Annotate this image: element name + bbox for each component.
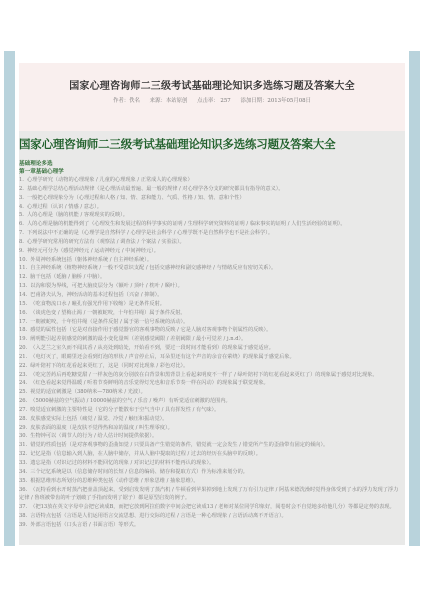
list-item: 29.皮肤表面的温度（是皮肤不觉得热和凉的温度 / 叫生理零度）。 <box>19 424 401 433</box>
item-number: 6. <box>19 221 24 227</box>
item-text: 脑干包括（延脑 / 脑桥 / 中脑）。 <box>30 274 105 280</box>
item-text: 皮肤感觉实际上包括（痛觉 / 温觉、冷觉 / 触压和振动觉）。 <box>30 416 167 422</box>
list-item: 7.下列说法中不正确的是（心理学是自然科学 / 心理学是社会科学 / 心理学既不… <box>19 229 401 238</box>
item-text: （瓦特看到水开时蒸汽把壶盖顶起来，受到启发发明了蒸汽机 / 牛顿看到苹果掉到地上… <box>19 487 398 502</box>
item-number: 27. <box>19 407 27 413</box>
item-text: 言语特点包括（言语是人们运用语言交流思想、进行交际的过程 / 言语是一种心理现象… <box>30 513 287 519</box>
item-number: 2. <box>19 186 24 192</box>
item-text: （吃食物流口水 / 瞳孔有强光作用下收缩）是无条件反射。 <box>30 301 165 307</box>
item-number: 29. <box>19 425 27 431</box>
list-item: 20.（入芝兰之室久而不闻其香 / 从亮处到暗处，开始看不到，要过一段时间才能看… <box>19 344 401 353</box>
list-item: 14.巴甫洛夫认为，神经活动的基本过程包括（兴奋 / 抑制）。 <box>19 291 401 300</box>
item-number: 35. <box>19 478 27 484</box>
item-text: （把13放在英文字母中会把它读成B，而把它放到阿拉伯数字中间会把它读成13 / … <box>30 504 394 510</box>
item-text: 记忆是指（信息输入到人脑，在人脑中储存，并从人脑中提取的过程 / 过去的经历在头… <box>30 451 261 457</box>
item-number: 5. <box>19 212 24 218</box>
item-text: 三个记忆系统是以（信息储存时间的长短 / 信息的编码、储存和提取方式）作为标准来… <box>30 469 248 475</box>
item-text: 以沟和裂为界线，可把大脑皮层分为（额叶 / 顶叶 / 枕叶 / 颞叶）。 <box>30 283 183 289</box>
list-item: 10.外周神经系统包括（躯体神经系统 / 自主神经系统）。 <box>19 256 401 265</box>
list-item: 30.生物钟可以（调节人的行为 / 给人估计时间提供依据）。 <box>19 432 401 441</box>
list-item: 26.（5000赫兹的空气振动 / 10000赫兹的空气 / 乐音 / 噪声）有… <box>19 397 401 406</box>
chapter-heading: 第一章基础心理学 <box>19 167 64 175</box>
article-header: 国家心理咨询师二三级考试基础理论知识多选练习题及答案大全 作者：佚名 来源：本站… <box>19 63 405 131</box>
list-item: 12.脑干包括（延脑 / 脑桥 / 中脑）。 <box>19 273 401 282</box>
list-item: 33.遗忘是指（对识记过的材料不能回忆的现象 / 对识记过的材料不能再认的现象）… <box>19 459 401 468</box>
item-number: 34. <box>19 469 27 475</box>
page: 国家心理咨询师二三级考试基础理论知识多选练习题及答案大全 作者：佚名 来源：本站… <box>0 0 424 600</box>
item-number: 3. <box>19 195 24 201</box>
list-item: 39.外部言语包括（口头言语 / 书面言语）等形式。 <box>19 521 401 530</box>
list-item: 35.根据思维形态所划分的思维种类包括（动作思维 / 形象思维 / 抽象思维）。 <box>19 477 401 486</box>
item-text: （吃完苦药后再吃糖觉甜 / 一样灰色的灰分别放在白背景和黑背景上看起来明度不一样… <box>30 372 377 378</box>
item-text: （谈虎色变 / 望梅止渴 / 一朝被蛇咬，十年怕井绳）属于条件反射。 <box>30 310 185 316</box>
item-text: （5000赫兹的空气振动 / 10000赫兹的空气 / 乐音 / 噪声）有听觉适… <box>30 398 230 404</box>
article-title: 国家心理咨询师二三级考试基础理论知识多选练习题及答案大全 <box>19 77 405 92</box>
meta-author: 作者：佚名 <box>113 98 140 104</box>
list-item: 31.错觉的性质包括（是对客观事物的歪曲知觉 / 只要具备产生错觉的条件，错觉就… <box>19 441 401 450</box>
item-number: 13. <box>19 283 27 289</box>
right-side-bar <box>409 51 420 546</box>
list-item: 22.绿叶陪衬下的红花看起来更红了，这是（同时对比现象 / 彩色对比）。 <box>19 362 401 371</box>
item-text: 根据思维形态所划分的思维种类包括（动作思维 / 形象思维 / 抽象思维）。 <box>30 478 198 484</box>
item-number: 37. <box>19 504 27 510</box>
item-number: 17. <box>19 319 27 325</box>
article-body: 国家心理咨询师二三级考试基础理论知识多选练习题及答案大全 基础理论多选 第一章基… <box>19 131 405 545</box>
item-text: 基础心理学总结心理活动规律（是心理活动最普遍、最一般的规律 / 对心理学各分支的… <box>27 186 284 192</box>
item-number: 4. <box>19 204 24 210</box>
item-text: 心理学研究（动物的心理现象 / 儿童的心理现象 / 正常成人的心理现象） <box>27 177 193 183</box>
meta-clicks: 点击率： 257 <box>197 98 231 104</box>
item-number: 18. <box>19 327 27 333</box>
item-text: 遗忘是指（对识记过的材料不能回忆的现象 / 对识记过的材料不能再认的现象）。 <box>30 460 214 466</box>
item-text: 皮肤表面的温度（是皮肤不觉得热和凉的温度 / 叫生理零度）。 <box>30 425 173 431</box>
list-item: 36.（瓦特看到水开时蒸汽把壶盖顶起来，受到启发发明了蒸汽机 / 牛顿看到苹果掉… <box>19 486 401 504</box>
item-number: 32. <box>19 451 27 457</box>
item-number: 26. <box>19 398 27 404</box>
item-number: 8. <box>19 239 24 245</box>
item-text: 人的心理是脑的机能得到了（心理发生和发展过程的科学事实的证明 / 生理科学研究资… <box>27 221 346 227</box>
item-number: 9. <box>19 248 24 254</box>
item-text: 阐明能引起差别感觉的刺激的最小变化量叫（差别感觉阈限 / 差别阈限 / 最小可觉… <box>30 336 246 342</box>
item-text: 一朝被蛇咬，十年怕井绳（是条件反射 / 属于第一信号系统的活动）。 <box>30 319 188 325</box>
list-item: 37.（把13放在英文字母中会把它读成B，而把它放到阿拉伯数字中间会把它读成13… <box>19 503 401 512</box>
item-text: 神经元可分为（感觉神经元 / 运动神经元 / 中间神经元）。 <box>27 248 159 254</box>
item-text: 外周神经系统包括（躯体神经系统 / 自主神经系统）。 <box>30 257 152 263</box>
item-text: 自主神经系统（植物神经系统 / 一般不受意识支配 / 包括交感神经和副交感神经 … <box>30 265 276 271</box>
item-number: 16. <box>19 310 27 316</box>
item-text: 视觉的适宜刺激是（380纳米—780纳米 / 光波）。 <box>30 389 146 395</box>
item-number: 25. <box>19 389 27 395</box>
item-text: 外部言语包括（口头言语 / 书面言语）等形式。 <box>30 522 139 528</box>
list-item: 5.人的心理是（脑的机能 / 客观现实的反映）。 <box>19 211 401 220</box>
item-number: 30. <box>19 433 27 439</box>
item-number: 31. <box>19 442 27 448</box>
item-number: 1. <box>19 177 24 183</box>
item-number: 28. <box>19 416 27 422</box>
item-text: 心理过程（认识 / 情感 / 意志）。 <box>27 204 102 210</box>
list-item: 27.嗅觉适宜刺激的主要特性是（它的分子能散布于空气当中 / 具有挥发性 / 有… <box>19 406 401 415</box>
item-number: 39. <box>19 522 27 528</box>
item-text: 错觉的性质包括（是对客观事物的歪曲知觉 / 只要具备产生错觉的条件，错觉就一定会… <box>30 442 328 448</box>
list-item: 32.记忆是指（信息输入到人脑，在人脑中储存，并从人脑中提取的过程 / 过去的经… <box>19 450 401 459</box>
item-text: 巴甫洛夫认为，神经活动的基本过程包括（兴奋 / 抑制）。 <box>30 292 162 298</box>
list-item: 34.三个记忆系统是以（信息储存时间的长短 / 信息的编码、储存和提取方式）作为… <box>19 468 401 477</box>
item-number: 38. <box>19 513 27 519</box>
item-number: 7. <box>19 230 24 236</box>
list-item: 1.心理学研究（动物的心理现象 / 儿童的心理现象 / 正常成人的心理现象） <box>19 176 401 185</box>
section-heading: 基础理论多选 <box>19 159 53 167</box>
list-item: 16.（谈虎色变 / 望梅止渴 / 一朝被蛇咬，十年怕井绳）属于条件反射。 <box>19 309 401 318</box>
item-text: （电灯灭了，眼睛里还会看到灯泡的形状 / 声音停止后，耳朵里还有这个声音的余音在… <box>30 354 294 360</box>
item-number: 23. <box>19 372 27 378</box>
item-number: 24. <box>19 380 27 386</box>
list-item: 18.感觉的属性包括（它是对直接作用于感觉器官的客观事物的反映 / 它是人脑对客… <box>19 326 401 335</box>
meta-source: 来源：本站原创 <box>150 98 188 104</box>
item-number: 15. <box>19 301 27 307</box>
list-item: 28.皮肤感觉实际上包括（痛觉 / 温觉、冷觉 / 触压和振动觉）。 <box>19 415 401 424</box>
item-number: 21. <box>19 354 27 360</box>
item-text: 嗅觉适宜刺激的主要特性是（它的分子能散布于空气当中 / 具有挥发性 / 有气味）… <box>30 407 219 413</box>
item-number: 14. <box>19 292 27 298</box>
item-number: 22. <box>19 363 27 369</box>
item-number: 19. <box>19 336 27 342</box>
left-side-bar <box>4 51 15 546</box>
item-text: （红色看起来觉得温暖 / 听着节奏鲜明的音乐觉得灯光也和音乐节奏一样在闪动）的现… <box>30 380 268 386</box>
list-item: 38.言语特点包括（言语是人们运用语言交流思想、进行交际的过程 / 言语是一种心… <box>19 512 401 521</box>
article-meta: 作者：佚名 来源：本站原创 点击率： 257 添加日期：2013年05月08日 <box>19 96 405 104</box>
item-number: 20. <box>19 345 27 351</box>
list-item: 3.一般把心理现象分为（心理过程和人格 / 知、情、意和能力、气质、性格 / 知… <box>19 194 401 203</box>
list-item: 11.自主神经系统（植物神经系统 / 一般不受意识支配 / 包括交感神经和副交感… <box>19 264 401 273</box>
list-item: 8.心理学研究常用的研究方法有（观察法 / 调查法 / 个案法 / 实验法）。 <box>19 238 401 247</box>
list-item: 19.阐明能引起差别感觉的刺激的最小变化量叫（差别感觉阈限 / 差别阈限 / 最… <box>19 335 401 344</box>
item-text: 心理学研究常用的研究方法有（观察法 / 调查法 / 个案法 / 实验法）。 <box>27 239 185 245</box>
list-item: 17.一朝被蛇咬，十年怕井绳（是条件反射 / 属于第一信号系统的活动）。 <box>19 318 401 327</box>
list-item: 6.人的心理是脑的机能得到了（心理发生和发展过程的科学事实的证明 / 生理科学研… <box>19 220 401 229</box>
item-text: 一般把心理现象分为（心理过程和人格 / 知、情、意和能力、气质、性格 / 知、情… <box>27 195 245 201</box>
item-text: 感觉的属性包括（它是对直接作用于感觉器官的客观事物的反映 / 它是人脑对客观事物… <box>30 327 271 333</box>
item-number: 11. <box>19 265 27 271</box>
item-text: 下列说法中不正确的是（心理学是自然科学 / 心理学是社会科学 / 心理学既不是自… <box>27 230 273 236</box>
item-text: 绿叶陪衬下的红花看起来更红了，这是（同时对比现象 / 彩色对比）。 <box>30 363 188 369</box>
list-item: 4.心理过程（认识 / 情感 / 意志）。 <box>19 203 401 212</box>
item-text: 生物钟可以（调节人的行为 / 给人估计时间提供依据）。 <box>30 433 157 439</box>
item-number: 10. <box>19 257 27 263</box>
meta-date: 添加日期：2013年05月08日 <box>240 98 311 104</box>
item-number: 36. <box>19 487 27 493</box>
list-item: 24.（红色看起来觉得温暖 / 听着节奏鲜明的音乐觉得灯光也和音乐节奏一样在闪动… <box>19 379 401 388</box>
item-text: 人的心理是（脑的机能 / 客观现实的反映）。 <box>27 212 128 218</box>
item-number: 33. <box>19 460 27 466</box>
list-item: 25.视觉的适宜刺激是（380纳米—780纳米 / 光波）。 <box>19 388 401 397</box>
list-item: 23.（吃完苦药后再吃糖觉甜 / 一样灰色的灰分别放在白背景和黑背景上看起来明度… <box>19 371 401 380</box>
item-text: （入芝兰之室久而不闻其香 / 从亮处到暗处，开始看不到，要过一段时间才能看到）的… <box>30 345 274 351</box>
item-number: 12. <box>19 274 27 280</box>
list-item: 21.（电灯灭了，眼睛里还会看到灯泡的形状 / 声音停止后，耳朵里还有这个声音的… <box>19 353 401 362</box>
question-list: 1.心理学研究（动物的心理现象 / 儿童的心理现象 / 正常成人的心理现象）2.… <box>19 176 401 530</box>
list-item: 15.（吃食物流口水 / 瞳孔有强光作用下收缩）是无条件反射。 <box>19 300 401 309</box>
list-item: 9.神经元可分为（感觉神经元 / 运动神经元 / 中间神经元）。 <box>19 247 401 256</box>
list-item: 2.基础心理学总结心理活动规律（是心理活动最普遍、最一般的规律 / 对心理学各分… <box>19 185 401 194</box>
list-item: 13.以沟和裂为界线，可把大脑皮层分为（额叶 / 顶叶 / 枕叶 / 颞叶）。 <box>19 282 401 291</box>
content-title: 国家心理咨询师二三级考试基础理论知识多选练习题及答案大全 <box>19 136 335 152</box>
